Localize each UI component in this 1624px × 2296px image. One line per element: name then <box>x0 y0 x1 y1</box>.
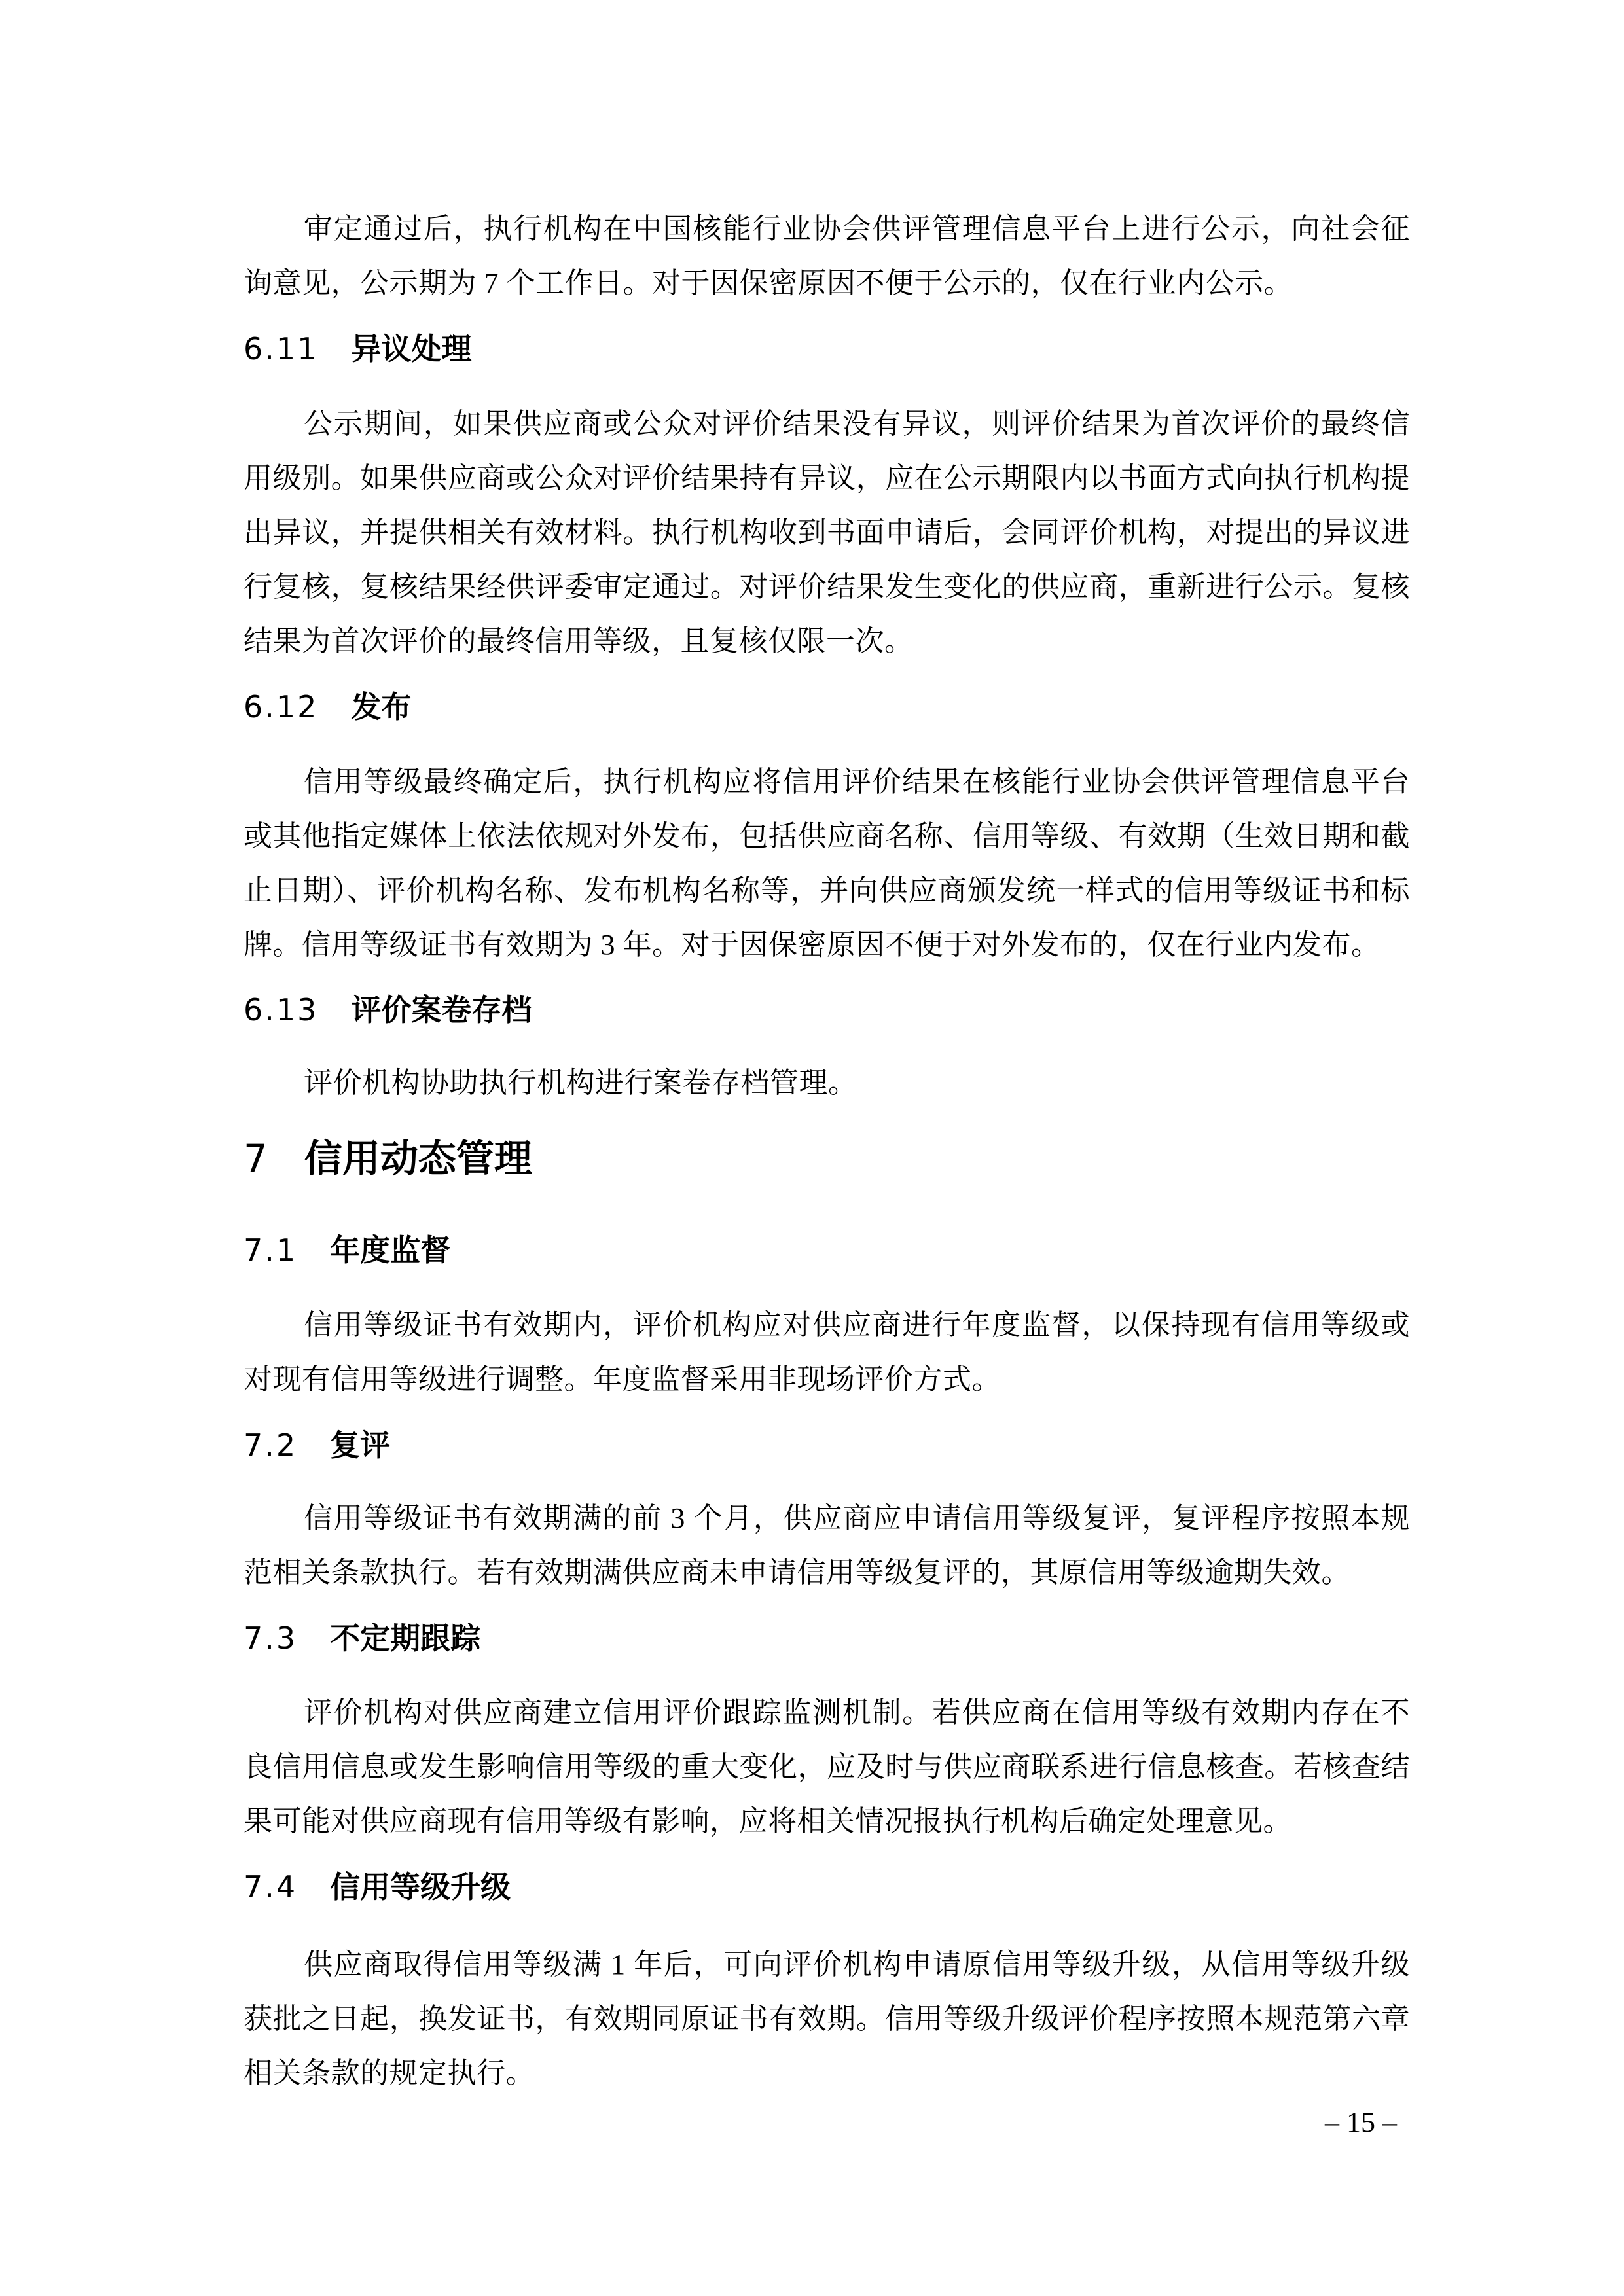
section-title: 年度监督 <box>330 1232 450 1268</box>
section-heading-6-13: 6.13评价案卷存档 <box>244 992 1410 1028</box>
intro-paragraph: 审定通过后，执行机构在中国核能行业协会供评管理信息平台上进行公示，向社会征询意见… <box>244 202 1410 310</box>
section-heading-7-3: 7.3不定期跟踪 <box>244 1621 1410 1656</box>
section-number: 6.13 <box>244 992 318 1028</box>
section-title: 信用等级升级 <box>330 1869 511 1905</box>
chapter-title: 信用动态管理 <box>304 1136 532 1181</box>
section-heading-7-4: 7.4信用等级升级 <box>244 1869 1410 1905</box>
page-number: – 15 – <box>244 2106 1397 2139</box>
chapter-heading-7: 7信用动态管理 <box>244 1137 1410 1180</box>
section-title: 异议处理 <box>351 331 471 367</box>
section-number: 6.12 <box>244 689 318 725</box>
section-paragraph-6-12: 信用等级最终确定后，执行机构应将信用评价结果在核能行业协会供评管理信息平台或其他… <box>244 755 1410 972</box>
section-title: 复评 <box>330 1427 390 1463</box>
section-paragraph-7-3: 评价机构对供应商建立信用评价跟踪监测机制。若供应商在信用等级有效期内存在不良信用… <box>244 1685 1410 1848</box>
chapter-number: 7 <box>244 1136 268 1181</box>
section-number: 7.1 <box>244 1232 297 1268</box>
section-paragraph-6-11: 公示期间，如果供应商或公众对评价结果没有异议，则评价结果为首次评价的最终信用级别… <box>244 397 1410 668</box>
section-heading-7-1: 7.1年度监督 <box>244 1232 1410 1268</box>
section-heading-6-11: 6.11异议处理 <box>244 331 1410 367</box>
document-page: 审定通过后，执行机构在中国核能行业协会供评管理信息平台上进行公示，向社会征询意见… <box>0 0 1624 2296</box>
section-paragraph-7-2: 信用等级证书有效期满的前 3 个月，供应商应申请信用等级复评，复评程序按照本规范… <box>244 1491 1410 1600</box>
section-title: 发布 <box>351 689 411 725</box>
section-number: 7.2 <box>244 1427 297 1463</box>
section-heading-6-12: 6.12发布 <box>244 689 1410 725</box>
section-paragraph-6-13: 评价机构协助执行机构进行案卷存档管理。 <box>244 1056 1410 1110</box>
section-title: 不定期跟踪 <box>330 1621 480 1656</box>
section-paragraph-7-1: 信用等级证书有效期内，评价机构应对供应商进行年度监督，以保持现有信用等级或对现有… <box>244 1298 1410 1407</box>
section-number: 6.11 <box>244 331 318 367</box>
section-number: 7.4 <box>244 1869 297 1905</box>
section-number: 7.3 <box>244 1621 297 1656</box>
section-paragraph-7-4: 供应商取得信用等级满 1 年后，可向评价机构申请原信用等级升级，从信用等级升级获… <box>244 1937 1410 2100</box>
section-heading-7-2: 7.2复评 <box>244 1427 1410 1463</box>
section-title: 评价案卷存档 <box>351 992 532 1028</box>
